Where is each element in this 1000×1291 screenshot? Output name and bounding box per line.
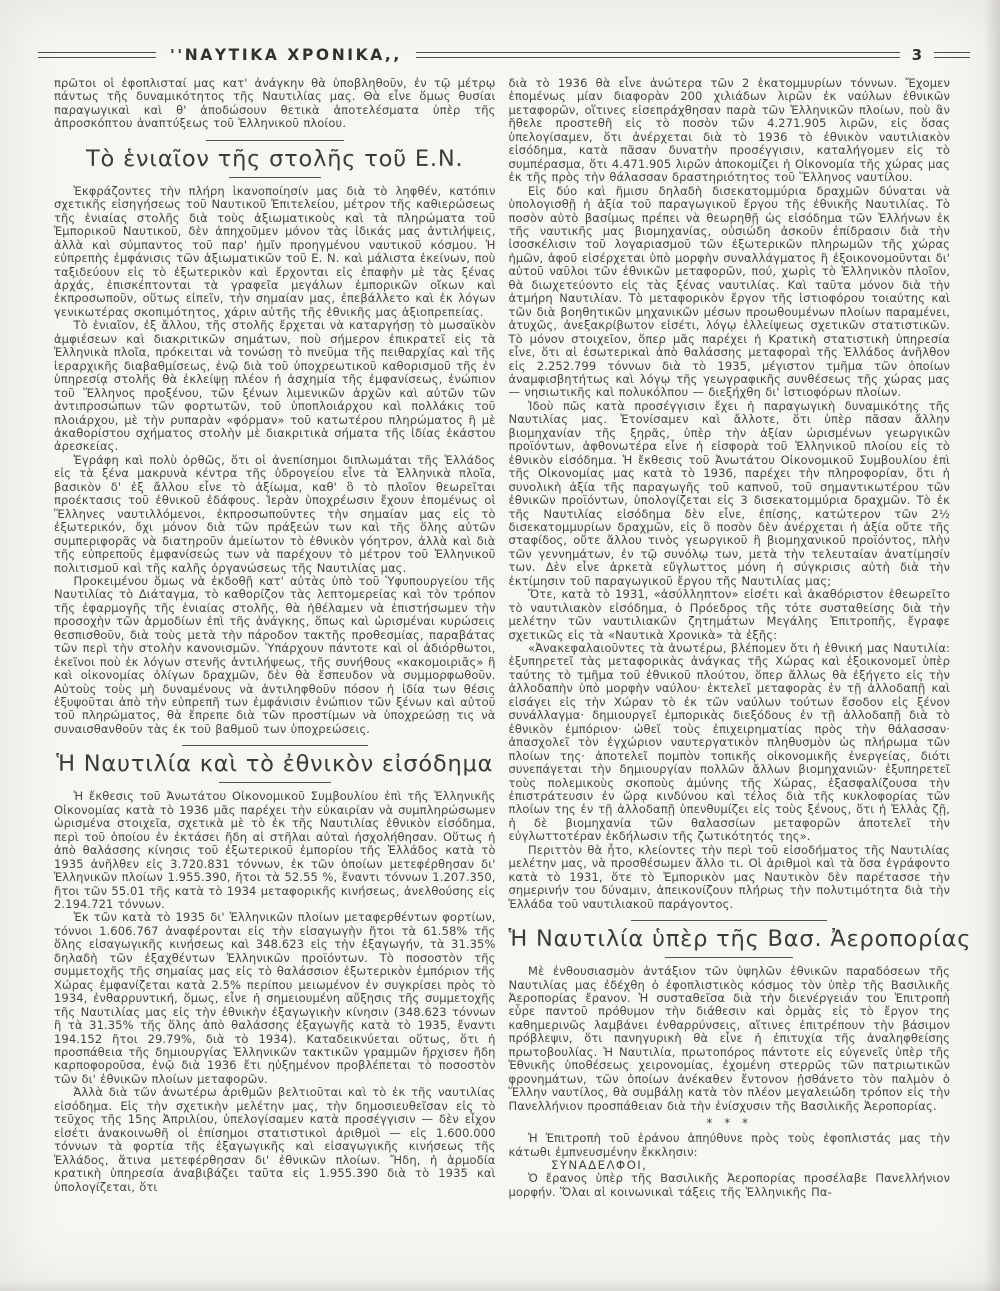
header-rule-right [934, 52, 970, 58]
paragraph: Τὸ ἑνιαῖον, ἐξ ἄλλου, τῆς στολῆς ἔρχεται… [54, 319, 496, 454]
paragraph: Ἐκφράζοντες τὴν πλήρη ἱκανοποίησίν μας δ… [54, 185, 496, 320]
title-rule-top [206, 140, 344, 141]
paragraph: Ἰδοὺ πῶς κατὰ προσέγγισιν ἔχει ἡ παραγωγ… [509, 400, 951, 588]
content-columns: πρῶτοι οἱ ἐφοπλισταί μας κατ' ἀνάγκην θὰ… [0, 64, 1000, 1199]
page-number: 3 [912, 46, 922, 64]
asterisk-separator: * * * [509, 1116, 951, 1130]
paragraph: Μὲ ἐνθουσιασμὸν ἀντάξιον τῶν ὑψηλῶν ἐθνι… [509, 965, 951, 1113]
continuation-paragraph: πρῶτοι οἱ ἐφοπλισταί μας κατ' ἀνάγκην θὰ… [54, 77, 496, 131]
masthead-title: ''ΝΑΥΤΙΚΑ ΧΡΟΝΙΚΑ,, [170, 46, 402, 64]
left-column: πρῶτοι οἱ ἐφοπλισταί μας κατ' ἀνάγκην θὰ… [54, 77, 496, 1199]
newspaper-page: ''ΝΑΥΤΙΚΑ ΧΡΟΝΙΚΑ,, 3 πρῶτοι οἱ ἐφοπλιστ… [0, 0, 1000, 1291]
paragraph: Ἡ Ἐπιτροπὴ τοῦ ἐράνου ἀπηύθυνε πρὸς τοὺς… [509, 1132, 951, 1159]
article-title: Ἡ Ναυτιλία καὶ τὸ ἐθνικὸν εἰσόδημα [54, 751, 496, 777]
paragraph: Ἀλλὰ διὰ τῶν ἀνωτέρω ἀριθμῶν βελτιοῦται … [54, 1086, 496, 1194]
salutation-line: ΣΥΝΑΔΕΛΦΟΙ, [509, 1159, 951, 1172]
header-rule-left [38, 52, 156, 58]
paragraph: Προκειμένου ὅμως νὰ ἐκδοθῇ κατ' αὐτὰς ὑπ… [54, 575, 496, 736]
header-rule-center [416, 52, 900, 58]
paragraph: Ἡ ἔκθεσις τοῦ Ἀνωτάτου Οἰκονομικοῦ Συμβο… [54, 790, 496, 911]
article-title: Τὸ ἑνιαῖον τῆς στολῆς τοῦ Ε.Ν. [54, 146, 496, 172]
paragraph: «Ἀνακεφαλαιοῦντες τὰ ἀνωτέρω, βλέπομεν ὅ… [509, 642, 951, 844]
title-rule-bottom [219, 782, 331, 783]
article-title: Ἡ Ναυτιλία ὑπὲρ τῆς Βασ. Ἀεροπορίας [509, 926, 951, 952]
paragraph: Περιττὸν θὰ ἦτο, κλείοντες τὴν περὶ τοῦ … [509, 844, 951, 911]
article-income-heading: Ἡ Ναυτιλία καὶ τὸ ἐθνικὸν εἰσόδημα [54, 745, 496, 783]
title-rule-bottom [665, 957, 793, 958]
title-rule-top [631, 920, 827, 921]
article-uniform-heading: Τὸ ἑνιαῖον τῆς στολῆς τοῦ Ε.Ν. [54, 140, 496, 178]
paragraph: Ἐκ τῶν κατὰ τὸ 1935 δι' Ἑλληνικῶν πλοίων… [54, 911, 496, 1086]
article-airforce-heading: Ἡ Ναυτιλία ὑπὲρ τῆς Βασ. Ἀεροπορίας [509, 920, 951, 958]
paragraph: Ἐγράφη καὶ πολὺ ὀρθῶς, ὅτι οἱ ἀνεπίσημοι… [54, 454, 496, 575]
title-rule-bottom [229, 177, 321, 178]
title-rule-top [182, 745, 368, 746]
page-header: ''ΝΑΥΤΙΚΑ ΧΡΟΝΙΚΑ,, 3 [0, 0, 1000, 64]
paragraph: Ὁ ἔρανος ὑπὲρ τῆς Βασιλικῆς Ἀεροπορίας π… [509, 1172, 951, 1199]
paragraph: Ὅτε, κατὰ τὸ 1931, «ἀσύλληπτον» εἰσέτι κ… [509, 588, 951, 642]
paragraph: Εἰς δύο καὶ ἥμισυ δηλαδὴ δισεκατομμύρια … [509, 185, 951, 400]
scan-edge-bottom-shadow [0, 1279, 1000, 1291]
right-column: διὰ τὸ 1936 θὰ εἶνε ἀνώτερα τῶν 2 ἑκατομ… [509, 77, 951, 1199]
continuation-paragraph: διὰ τὸ 1936 θὰ εἶνε ἀνώτερα τῶν 2 ἑκατομ… [509, 77, 951, 185]
